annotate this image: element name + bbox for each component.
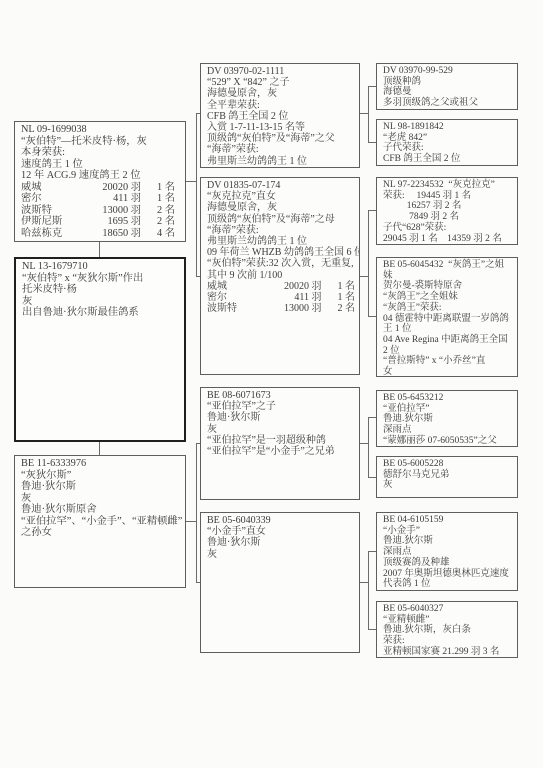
race-rank: 1 名	[322, 281, 356, 292]
text-line: 鲁迪·狄尔斯	[207, 412, 355, 423]
box-great-grandparent-8: BE 05-6040327“亚精顿雌”鲁迪.狄尔斯，灰白条荣获:亚精顿国家赛 2…	[376, 601, 518, 658]
text-line: 海德曼原舍，灰	[207, 202, 355, 213]
connector-line	[368, 210, 369, 316]
connector-line	[368, 551, 376, 552]
text-line: “亚伯拉罕”之子	[207, 401, 355, 412]
text-line: CFB 鸽王全国 2 位	[383, 154, 513, 165]
text-line: DV 01835-07-174	[207, 180, 355, 191]
text-line: 12 年 ACG.9 速度鸽王 2 位	[21, 170, 181, 182]
connector-line	[196, 582, 200, 583]
text-line: 子代荣获:	[383, 143, 513, 154]
text-line: 鲁迪.狄尔斯	[383, 536, 513, 547]
text-line: 29045 羽 1 名 14359 羽 2 名	[383, 234, 513, 245]
text-line: “亚伯拉罕”、“小金手”、“亚精顿雌”	[21, 516, 181, 528]
connector-line	[368, 86, 376, 87]
connector-line	[186, 181, 196, 182]
connector-line	[368, 316, 376, 317]
text-line: “老虎 842”	[383, 133, 513, 144]
race-result-row: 威城20020 羽1 名	[207, 281, 355, 292]
race-rank: 1 名	[141, 193, 175, 205]
text-line: NL 98-1891842	[383, 122, 513, 133]
race-rank: 2 名	[141, 216, 175, 228]
text-line: 海德曼	[383, 87, 513, 98]
connector-line	[360, 582, 368, 583]
text-line: “海蒂”荣获:	[207, 144, 355, 155]
text-line: 速度鸽王 1 位	[21, 159, 181, 171]
text-line: 弗里斯兰幼鸽鸽王 1 位	[207, 156, 355, 167]
box-paternal-granddam: DV 01835-07-174“灰克拉克”直女海德曼原舍，灰顶级鸽“灰伯特”及“…	[200, 177, 360, 375]
text-line: 灰	[21, 493, 181, 505]
text-line: BE 05-6040339	[207, 515, 355, 526]
connector-line	[360, 113, 368, 114]
text-line: 王 1 位	[383, 324, 513, 335]
text-line: 深雨点	[383, 425, 513, 436]
text-line: 全平辈荣获:	[207, 100, 355, 111]
text-line: “海蒂”荣获:	[207, 225, 355, 236]
text-line: 本身荣获:	[21, 147, 181, 159]
text-line: 海德曼原舍，灰	[207, 88, 355, 99]
connector-line	[99, 442, 100, 455]
text-line: “灰克拉克”直女	[207, 191, 355, 202]
box-maternal-granddam: BE 05-6040339“小金手”直女鲁迪·狄尔斯灰	[200, 512, 360, 653]
text-line: 女	[383, 367, 513, 377]
text-line: 出自鲁迪·狄尔斯最佳鸽系	[22, 307, 180, 319]
connector-line	[368, 417, 376, 418]
race-name: 波斯特	[21, 205, 79, 217]
box-great-grandparent-5: BE 05-6453212“亚伯拉罕”鲁迪.狄尔斯深雨点“蒙娜丽莎 07-605…	[376, 390, 518, 447]
race-name: 威城	[21, 182, 79, 194]
box-great-grandparent-7: BE 04-6105159“小金手”鲁迪.狄尔斯深雨点顶级赛鸽及种雄2007 年…	[376, 512, 518, 591]
text-line: 鲁迪.狄尔斯，灰白条	[383, 625, 513, 636]
connector-line	[360, 443, 368, 444]
race-name: 威城	[207, 281, 262, 292]
race-result-row: 密尔411 羽1 名	[21, 193, 181, 205]
text-line: 16257 羽 2 名	[383, 201, 513, 212]
text-line: 子代“628”荣获:	[383, 223, 513, 234]
bird-count: 18650 羽	[79, 228, 141, 240]
text-line: 7849 羽 2 名	[383, 212, 513, 223]
text-line: “亚伯拉罕”	[383, 404, 513, 415]
box-great-grandparent-2: NL 98-1891842“老虎 842”子代荣获:CFB 鸽王全国 2 位	[376, 119, 518, 166]
connector-line	[196, 443, 197, 582]
text-line: 弗里斯兰幼鸽鸽王 1 位	[207, 236, 355, 247]
text-line: 亚精顿国家赛 21.299 羽 3 名	[383, 647, 513, 658]
bird-count: 13000 羽	[262, 303, 321, 314]
race-name: 哈兹栋克	[21, 228, 79, 240]
text-line: 鲁迪·狄尔斯	[207, 537, 355, 548]
text-line: 灰	[383, 480, 513, 491]
text-line: BE 05-6040327	[383, 604, 513, 615]
text-line: 荣获: 19445 羽 1 名	[383, 191, 513, 202]
box-paternal-grandsire: DV 03970-02-1111“529” X “842” 之子海德曼原舍，灰全…	[200, 63, 360, 168]
connector-line	[99, 242, 100, 257]
race-rank: 4 名	[141, 228, 175, 240]
connector-line	[368, 629, 376, 630]
text-line: 09 年荷兰 WHZB 幼鸽鸽王全国 6 位	[207, 247, 355, 258]
bird-count: 13000 羽	[79, 205, 141, 217]
text-line: BE 05-6045432 “灰鸽王”之姐	[383, 260, 513, 271]
text-line: 灰	[22, 296, 180, 308]
text-line: 托米皮特·杨	[22, 284, 180, 296]
race-name: 伊斯尼斯	[21, 216, 79, 228]
text-line: 鲁迪·狄尔斯原舍	[21, 504, 181, 516]
bird-count: 1695 羽	[79, 216, 141, 228]
text-line: 多羽顶级鸽之父或祖父	[383, 98, 513, 109]
text-line: “小金手”	[383, 526, 513, 537]
text-line: 代表鸽 1 位	[383, 579, 513, 590]
race-name: 密尔	[21, 193, 79, 205]
connector-line	[196, 443, 200, 444]
text-line: NL 09-1699038	[21, 124, 181, 136]
text-line: “小金手”直女	[207, 526, 355, 537]
connector-line	[196, 113, 200, 114]
text-line: 荣获:	[383, 636, 513, 647]
box-great-grandparent-4: BE 05-6045432 “灰鸽王”之姐妹贺尔曼-裘斯特原舍“灰鸽王”之全姐妹…	[376, 257, 518, 377]
text-line: “灰伯特”—托米皮特·杨，灰	[21, 136, 181, 148]
race-rank: 2 名	[141, 205, 175, 217]
box-mother: BE 11-6333976“灰狄尔斯”鲁迪·狄尔斯灰鲁迪·狄尔斯原舍“亚伯拉罕”…	[14, 455, 186, 588]
text-line: “灰鸽王”之全姐妹	[383, 292, 513, 303]
text-line: DV 03970-99-529	[383, 66, 513, 77]
text-line: 鲁迪·狄尔斯	[21, 481, 181, 493]
text-line: BE 08-6071673	[207, 390, 355, 401]
race-rank: 1 名	[322, 292, 356, 303]
text-line: DV 03970-02-1111	[207, 66, 355, 77]
text-line: 2007 年奥斯坦德奥林匹克速度	[383, 569, 513, 580]
text-line: 德舒尔马克兄弟	[383, 470, 513, 481]
text-line: 顶级赛鸽及种雄	[383, 558, 513, 569]
connector-line	[368, 417, 369, 478]
text-line: “亚伯拉罕”是“小金手”之兄弟	[207, 446, 355, 457]
race-result-row: 密尔411 羽1 名	[207, 292, 355, 303]
text-line: 2 位	[383, 346, 513, 357]
text-line: “灰伯特”荣获:32 次入赏，无重复,	[207, 258, 355, 269]
text-line: 入赏 1-7-11-13-15 名等	[207, 122, 355, 133]
box-subject: NL 13-1679710“灰伯特” x “灰狄尔斯”作出托米皮特·杨灰出自鲁迪…	[14, 257, 186, 442]
text-line: 04 德霍特中距离联盟一岁鸽鸽	[383, 314, 513, 325]
race-result-row: 波斯特13000 羽2 名	[207, 303, 355, 314]
text-line: 之孙女	[21, 527, 181, 539]
text-line: 04 Ave Regina 中距离鸽王全国	[383, 335, 513, 346]
text-line: CFB 鸽王全国 2 位	[207, 111, 355, 122]
race-name: 波斯特	[207, 303, 262, 314]
text-line: “灰狄尔斯”	[21, 470, 181, 482]
text-line: “蒙娜丽莎 07-6050535”之父	[383, 436, 513, 447]
bird-count: 411 羽	[262, 292, 321, 303]
text-line: 顶级种鸽	[383, 77, 513, 88]
text-line: BE 04-6105159	[383, 515, 513, 526]
text-line: “亚伯拉罕”是一羽超级种鸽	[207, 435, 355, 446]
text-line: “529” X “842” 之子	[207, 77, 355, 88]
box-maternal-grandsire: BE 08-6071673“亚伯拉罕”之子鲁迪·狄尔斯灰“亚伯拉罕”是一羽超级种…	[200, 387, 360, 500]
connector-line	[196, 276, 200, 277]
connector-line	[360, 276, 368, 277]
race-result-row: 波斯特13000 羽2 名	[21, 205, 181, 217]
text-line: “灰伯特” x “灰狄尔斯”作出	[22, 273, 180, 285]
connector-line	[368, 477, 376, 478]
text-line: NL 97-2234532 “灰克拉克”	[383, 180, 513, 191]
text-line: NL 13-1679710	[22, 261, 180, 273]
text-line: 鲁迪.狄尔斯	[383, 414, 513, 425]
race-name: 密尔	[207, 292, 262, 303]
text-line: 贺尔曼-裘斯特原舍	[383, 281, 513, 292]
connector-line	[368, 210, 376, 211]
text-line: 其中 9 次前 1/100	[207, 270, 355, 281]
bird-count: 411 羽	[79, 193, 141, 205]
text-line: 灰	[207, 549, 355, 560]
bird-count: 20020 羽	[79, 182, 141, 194]
connector-line	[186, 521, 196, 522]
race-result-row: 伊斯尼斯1695 羽2 名	[21, 216, 181, 228]
box-father: NL 09-1699038“灰伯特”—托米皮特·杨，灰本身荣获:速度鸽王 1 位…	[14, 121, 186, 242]
race-result-row: 威城20020 羽1 名	[21, 182, 181, 194]
text-line: BE 05-6005228	[383, 459, 513, 470]
connector-line	[368, 86, 369, 143]
box-great-grandparent-1: DV 03970-99-529顶级种鸽海德曼多羽顶级鸽之父或祖父	[376, 63, 518, 110]
box-great-grandparent-3: NL 97-2234532 “灰克拉克”荣获: 19445 羽 1 名 1625…	[376, 177, 518, 245]
bird-count: 20020 羽	[262, 281, 321, 292]
text-line: 顶级鸽“灰伯特”及“海蒂”之母	[207, 214, 355, 225]
text-line: 灰	[207, 424, 355, 435]
connector-line	[368, 142, 376, 143]
box-great-grandparent-6: BE 05-6005228德舒尔马克兄弟灰	[376, 456, 518, 498]
connector-line	[196, 113, 197, 276]
text-line: “亚精顿雌”	[383, 615, 513, 626]
text-line: 顶级鸽“灰伯特”及“海蒂”之父	[207, 133, 355, 144]
race-rank: 2 名	[322, 303, 356, 314]
pedigree-sheet: NL 09-1699038“灰伯特”—托米皮特·杨，灰本身荣获:速度鸽王 1 位…	[0, 0, 543, 768]
text-line: 深雨点	[383, 547, 513, 558]
race-result-row: 哈兹栋克18650 羽4 名	[21, 228, 181, 240]
text-line: “普拉斯特” x “小乔丝”直	[383, 356, 513, 367]
text-line: BE 11-6333976	[21, 458, 181, 470]
text-line: 妹	[383, 271, 513, 282]
connector-line	[368, 551, 369, 630]
race-rank: 1 名	[141, 182, 175, 194]
text-line: “灰鸽王”荣获:	[383, 303, 513, 314]
text-line: BE 05-6453212	[383, 393, 513, 404]
